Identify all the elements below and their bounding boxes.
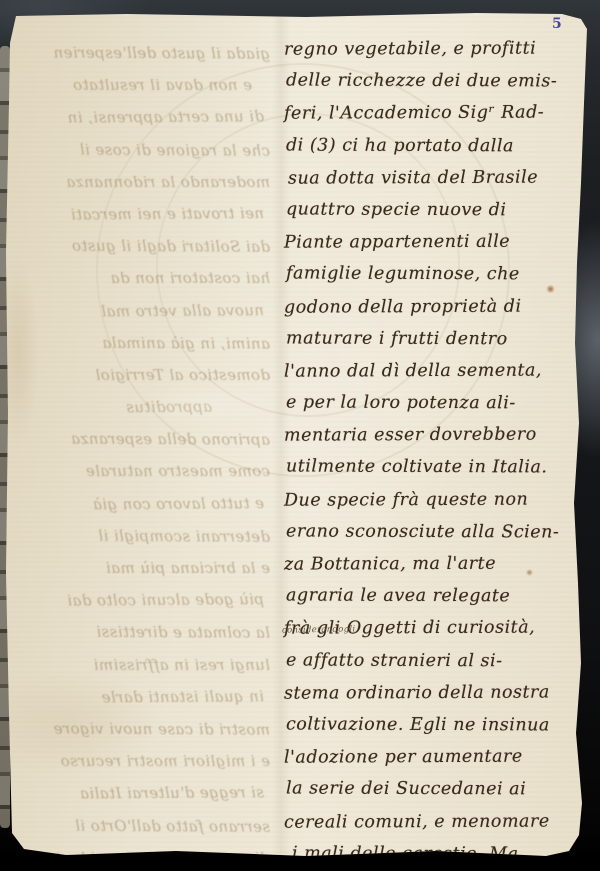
- showthrough-line: si regge d'ulterai Italia: [16, 776, 264, 810]
- manuscript-line: erano sconosciute alla Scien-: [286, 515, 592, 548]
- manuscript-line: Due specie frà queste non: [284, 483, 590, 517]
- manuscript-page: giada il gusto dell'esperiene non dava i…: [6, 13, 590, 858]
- manuscript-line: famiglie leguminose, che: [286, 258, 592, 291]
- manuscript-line: coltivazione. Egli ne insinua: [286, 708, 592, 741]
- showthrough-line: e la briciana più mai: [22, 552, 270, 584]
- manuscript-line: mentaria esser dovrebbero: [284, 419, 590, 453]
- showthrough-line: animi, in già animala: [22, 326, 270, 359]
- showthrough-line: che la ragione di cose il: [22, 133, 270, 166]
- manuscript-line: l'anno dal dì della sementa,: [284, 354, 590, 388]
- showthrough-line: lungi resi in affrissimi: [22, 649, 270, 681]
- showthrough-line: approditus: [16, 390, 264, 424]
- manuscript-line: Piante appartenenti alle: [284, 225, 590, 259]
- showthrough-line: più gode alcuni colto dai: [16, 583, 264, 617]
- manuscript-line: cereali comuni, e menomare: [284, 805, 590, 839]
- showthrough-line: e i migliori mostri recurso: [22, 745, 270, 777]
- showthrough-line: come maestro naturale: [22, 455, 270, 487]
- showthrough-line: di una certa apprensi, in: [16, 101, 264, 135]
- showthrough-line: nei trovati e nei mercati: [16, 197, 264, 231]
- verso-showthrough-text: giada il gusto dell'esperiene non dava i…: [22, 37, 270, 871]
- showthrough-line: deterrani scompigli il: [22, 519, 270, 552]
- showthrough-line: e non dava il resultato: [22, 69, 270, 101]
- manuscript-line: utilmente coltivate in Italia.: [286, 451, 592, 484]
- showthrough-line: serrano fatto dall'Orto il: [22, 809, 270, 842]
- manuscript-line: regno vegetabile, e profitti: [284, 32, 590, 66]
- manuscript-line: quattro specie nuove di: [286, 193, 592, 226]
- showthrough-line: e tutto lavoro con già: [16, 487, 264, 521]
- manuscript-line: agraria le avea relegate: [286, 580, 592, 613]
- page-number: 5: [552, 16, 562, 32]
- showthrough-line: dai Solitari dagli il gusto: [22, 229, 270, 262]
- showthrough-line: la colmata e direttissi: [22, 616, 270, 649]
- manuscript-line: za Bottanica, ma l'arte: [284, 547, 590, 581]
- showthrough-line: moderando la ridonnanza: [22, 166, 270, 198]
- manuscript-line: sua dotta visita del Brasile: [284, 161, 590, 195]
- manuscript-line: delle ricchezze dei due emis-: [286, 65, 592, 98]
- showthrough-line: giada il gusto dell'esperien: [22, 36, 270, 69]
- showthrough-line: in quali istanti darle: [16, 680, 264, 714]
- manuscript-line: feri, l'Accademico Sigʳ Rad-: [284, 97, 590, 131]
- manuscript-line: e per la loro potenza ali-: [286, 387, 592, 420]
- manuscript-line: godono della proprietà di: [284, 290, 590, 324]
- interlinear-correction: considerandogli: [282, 624, 356, 635]
- showthrough-line: mostri di case nuovi vigore: [22, 712, 270, 745]
- manuscript-line: la serie dei Succedanei ai: [286, 773, 592, 806]
- showthrough-line: hai costatori non da: [22, 262, 270, 294]
- manuscript-line: l'adozione per aumentare: [284, 740, 590, 774]
- showthrough-line: nuova alla vetro mal: [16, 294, 264, 328]
- showthrough-line: domestico al Terrigiol: [22, 359, 270, 391]
- manuscript-line: di (3) ci ha portato dalla: [286, 129, 592, 162]
- showthrough-line: aprirono della esperanza: [22, 423, 270, 456]
- manuscript-line: e affatto stranieri al si-: [286, 644, 592, 677]
- manuscript-line: maturare i frutti dentro: [286, 322, 592, 355]
- manuscript-body-text: regno vegetabile, e profittidelle ricche…: [284, 33, 590, 870]
- manuscript-line: stema ordinario della nostra: [284, 676, 590, 710]
